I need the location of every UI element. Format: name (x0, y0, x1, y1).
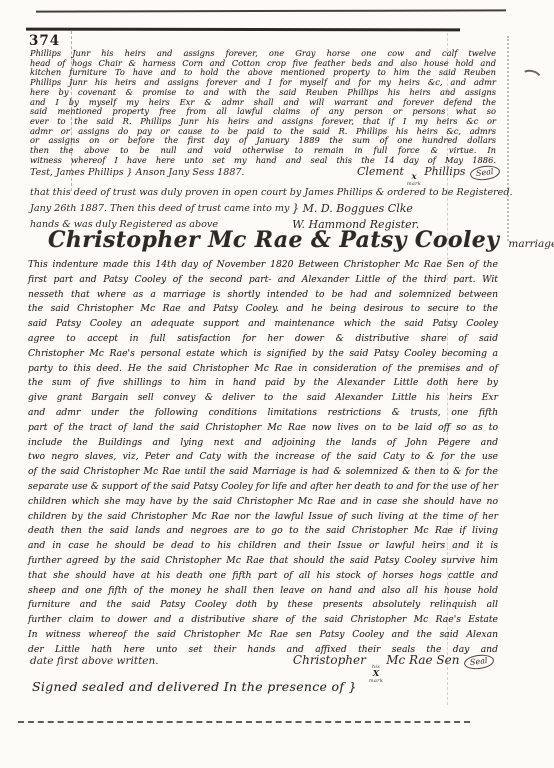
manuscript-line: furniture and the said Patsy Cooley doth… (28, 598, 498, 613)
probate-line-2: Jany 26th 1887. Then this deed of trust … (30, 201, 498, 217)
mark-label: mark (369, 679, 383, 684)
manuscript-line: the said Christopher Mc Rae and Patsy Co… (28, 302, 498, 317)
top-rule-outer (36, 9, 506, 12)
manuscript-line: include the Buildings and lying next and… (28, 436, 498, 451)
manuscript-line: further claim to dower and a distributiv… (28, 613, 498, 628)
manuscript-line: that she should have at his death one fi… (28, 569, 498, 584)
signer-first-name: Clement (357, 165, 404, 178)
deed-of-trust-lines: Phillips Junr his heirs and assigns fore… (30, 49, 496, 165)
manuscript-line: nesseth that where as a marriage is shor… (28, 288, 498, 303)
manuscript-line: sheep and one fifth of the money he shal… (28, 584, 498, 599)
contract-title: Christopher Mc Rae & Patsy Cooley (48, 227, 499, 253)
seal-stamp: Seal (464, 653, 495, 670)
seal-stamp: Seal (470, 164, 501, 181)
manuscript-line: first part and Patsy Cooley of the secon… (28, 273, 498, 288)
clerk-signature: } M. D. Boggues Clke (292, 201, 498, 217)
manuscript-line: said Patsy Cooley an adequate support an… (28, 317, 498, 332)
probate-line-1: that this deed of trust was duly proven … (30, 185, 498, 201)
manuscript-line: children which she may have by the said … (28, 495, 498, 510)
top-rule-inner (26, 28, 460, 32)
manuscript-line: agree to accept in full satisfaction for… (28, 332, 498, 347)
manuscript-line: part of the tract of land the said Chris… (28, 421, 498, 436)
page-number: 374 (29, 33, 60, 49)
attestation-row: Test, James Phillips } Anson Jany Sess 1… (30, 165, 500, 187)
closing-text: date first above written. (30, 655, 159, 667)
manuscript-line: In witness whereof the said Christopher … (28, 628, 498, 643)
manuscript-line: separate use & support of the said Patsy… (28, 480, 498, 495)
witness-line: Signed sealed and delivered In the prese… (32, 679, 357, 694)
his-mark: hisXmark (369, 665, 383, 684)
manuscript-page: 374 Phillips Junr his heirs and assigns … (0, 0, 554, 768)
manuscript-line: the sum of five shillings to him in hand… (28, 376, 498, 391)
contract-heading: Christopher Mc Rae & Patsy Cooley marria… (48, 227, 518, 253)
margin-specks (507, 36, 509, 241)
probate-line-2-text: Jany 26th 1887. Then this deed of trust … (30, 201, 292, 217)
attestation-text: Test, James Phillips } Anson Jany Sess 1… (30, 167, 244, 178)
marriage-contract-lines: This indenture made this 14th day of Nov… (28, 258, 498, 658)
manuscript-line: give grant Bargain sell convey & deliver… (28, 391, 498, 406)
signer-last-name: Mc Rae Sen (386, 653, 459, 667)
signer-last-name: Phillips (424, 165, 465, 178)
signer-first-name: Christopher (293, 653, 366, 667)
manuscript-line: and in case he should be dead to his chi… (28, 539, 498, 554)
manuscript-line: witness whereof I have here unto set my … (30, 156, 496, 166)
bottom-rule (18, 721, 470, 723)
clement-phillips-signature: ClementxmarkPhillipsSeal (357, 165, 500, 187)
manuscript-line: further agreed by the said Christopher M… (28, 554, 498, 569)
manuscript-line: two negro slaves, viz, Peter and Caty wi… (28, 450, 498, 465)
manuscript-line: Christopher Mc Rae's personal estate whi… (28, 347, 498, 362)
stray-pen-mark (518, 68, 543, 89)
manuscript-line: party to this deed. He the said Christop… (28, 362, 498, 377)
manuscript-line: This indenture made this 14th day of Nov… (28, 258, 498, 273)
contract-title-suffix: marriage contract. (508, 238, 554, 250)
manuscript-line: of the said Christopher Mc Rae until the… (28, 465, 498, 480)
manuscript-line: death then the said lands and negroes ar… (28, 524, 498, 539)
manuscript-line: children by the said Christopher Mc Rae … (28, 510, 498, 525)
manuscript-line: and admr under the following conditions … (28, 406, 498, 421)
